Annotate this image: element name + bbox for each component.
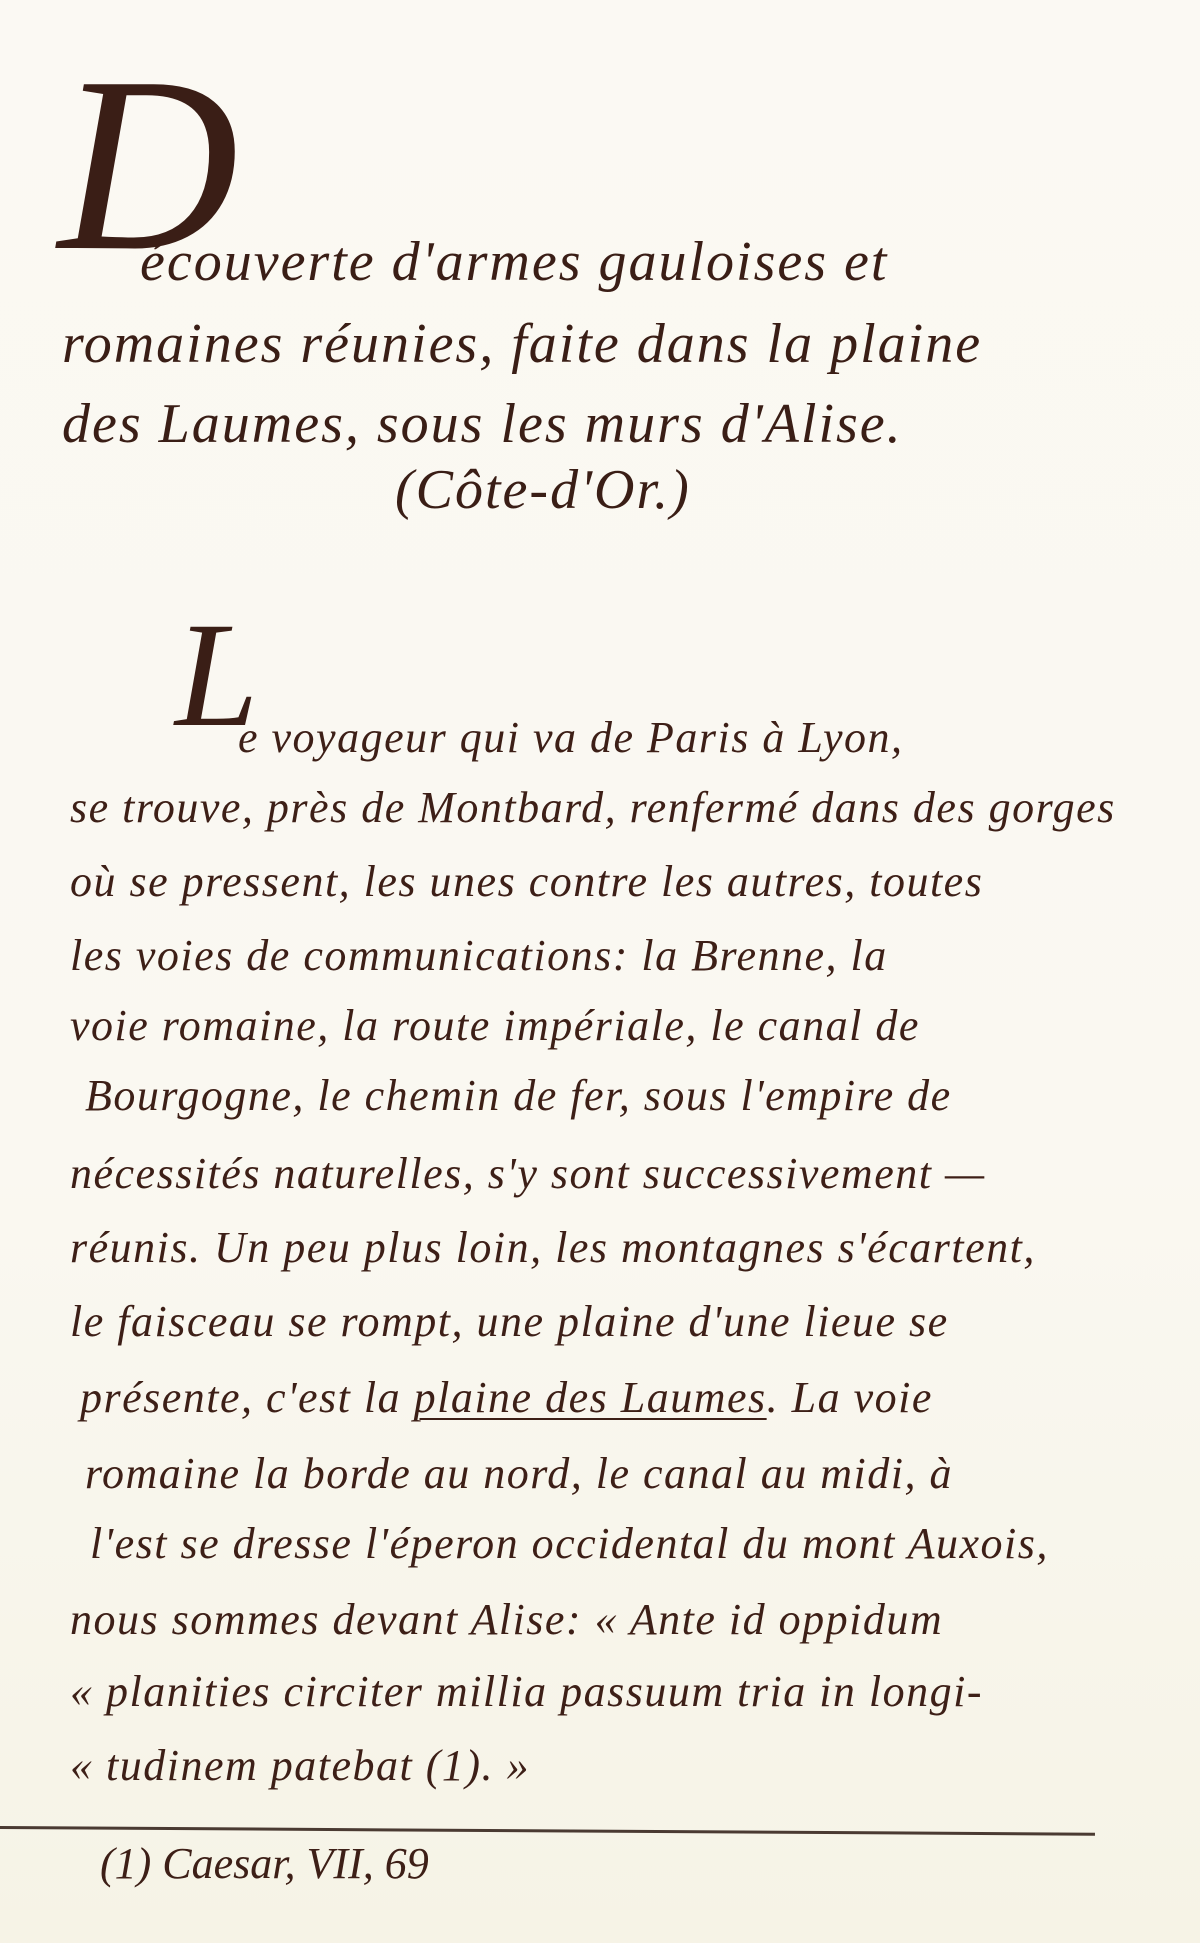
body-line-15: « tudinem patebat (1). »	[70, 1740, 530, 1791]
body-line-10: présente, c'est la plaine des Laumes. La…	[80, 1372, 933, 1423]
body-line-1: e voyageur qui va de Paris à Lyon,	[238, 712, 904, 763]
title-line-2: romaines réunies, faite dans la plaine	[62, 312, 982, 376]
body-line-10-start: présente, c'est la	[80, 1373, 414, 1422]
body-line-4: les voies de communications: la Brenne, …	[70, 930, 888, 981]
body-line-2: se trouve, près de Montbard, renfermé da…	[70, 782, 1116, 833]
body-line-7: nécessités naturelles, s'y sont successi…	[70, 1148, 986, 1199]
footnote: (1) Caesar, VII, 69	[100, 1838, 429, 1889]
title-line-4: (Côte-d'Or.)	[395, 458, 691, 522]
body-line-8: réunis. Un peu plus loin, les montagnes …	[70, 1222, 1036, 1273]
title-line-1: écouverte d'armes gauloises et	[140, 230, 888, 294]
body-line-13: nous sommes devant Alise: « Ante id oppi…	[70, 1594, 943, 1645]
footnote-divider	[0, 1826, 1095, 1836]
body-line-14: « planities circiter millia passuum tria…	[70, 1666, 983, 1717]
body-line-10-end: . La voie	[767, 1373, 933, 1422]
body-line-6: Bourgogne, le chemin de fer, sous l'empi…	[85, 1070, 952, 1121]
title-line-3: des Laumes, sous les murs d'Alise.	[62, 392, 903, 456]
body-line-11: romaine la borde au nord, le canal au mi…	[85, 1448, 953, 1499]
body-line-12: l'est se dresse l'éperon occidental du m…	[90, 1518, 1049, 1569]
underlined-place-name: plaine des Laumes	[414, 1373, 767, 1422]
body-line-5: voie romaine, la route impériale, le can…	[70, 1000, 920, 1051]
body-line-9: le faisceau se rompt, une plaine d'une l…	[70, 1296, 949, 1347]
manuscript-page: D écouverte d'armes gauloises et romaine…	[0, 0, 1200, 1943]
body-line-3: où se pressent, les unes contre les autr…	[70, 856, 983, 907]
